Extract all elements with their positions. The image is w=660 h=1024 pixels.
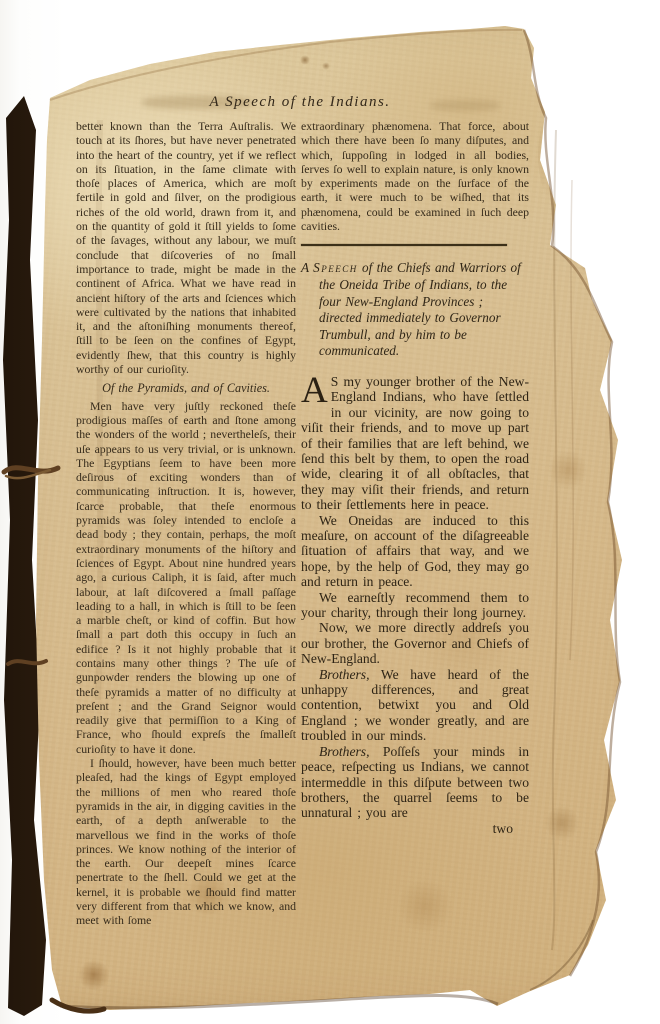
stain — [78, 960, 110, 990]
left-paragraph-3: I ſhould, however, have been much better… — [76, 756, 296, 928]
speech-paragraph-5-lead: Brothers, — [319, 667, 369, 682]
speech-paragraph-1: AS my younger brother of the New-England… — [301, 374, 529, 513]
stain — [548, 450, 588, 490]
catchword: two — [301, 822, 529, 836]
speech-paragraph-2: We Oneidas are induced to this meaſure, … — [301, 513, 529, 590]
section-divider-rule — [301, 244, 507, 246]
speech-paragraph-4: Now, we more directly addreſs you our br… — [301, 620, 529, 666]
speech-paragraph-6: Brothers, Poſſeſs your minds in peace, r… — [301, 744, 529, 821]
running-head-title: A Speech of the Indians. — [150, 94, 450, 111]
stain — [300, 55, 310, 65]
left-column: better known than the Terra Auſtralis. W… — [76, 119, 296, 928]
stain — [538, 95, 598, 215]
left-paragraph-2: Men have very juſtly reckoned theſe prod… — [76, 399, 296, 756]
left-paragraph-1: better known than the Terra Auſtralis. W… — [76, 119, 296, 376]
drop-cap-A: A — [301, 374, 331, 405]
scanned-book-page: A Speech of the Indians. 601 better know… — [0, 0, 660, 1024]
speech-heading-smallcaps: Speech — [313, 260, 358, 275]
speech-paragraph-6-lead: Brothers, — [319, 744, 369, 759]
stain — [395, 880, 455, 932]
section-heading-pyramids: Of the Pyramids, and of Cavities. — [76, 381, 296, 395]
speech-paragraph-3: We earneſtly recommend them to your char… — [301, 590, 529, 621]
speech-heading: A Speech of the Chiefs and Warriors of t… — [301, 260, 529, 360]
speech-heading-lead: A — [301, 260, 313, 275]
stain — [322, 62, 330, 70]
paper-page: A Speech of the Indians. 601 better know… — [0, 0, 660, 1024]
speech-paragraph-1-text: my younger brother of the New-England In… — [301, 374, 529, 512]
speech-paragraph-5: Brothers, We have heard of the unhappy d… — [301, 667, 529, 744]
right-paragraph-1: extraordinary phænomena. That force, abo… — [301, 119, 529, 233]
right-column: extraordinary phænomena. That force, abo… — [301, 119, 529, 836]
stain — [545, 805, 579, 841]
stain — [592, 286, 622, 320]
page-number: 601 — [548, 96, 572, 112]
stain — [580, 238, 620, 282]
